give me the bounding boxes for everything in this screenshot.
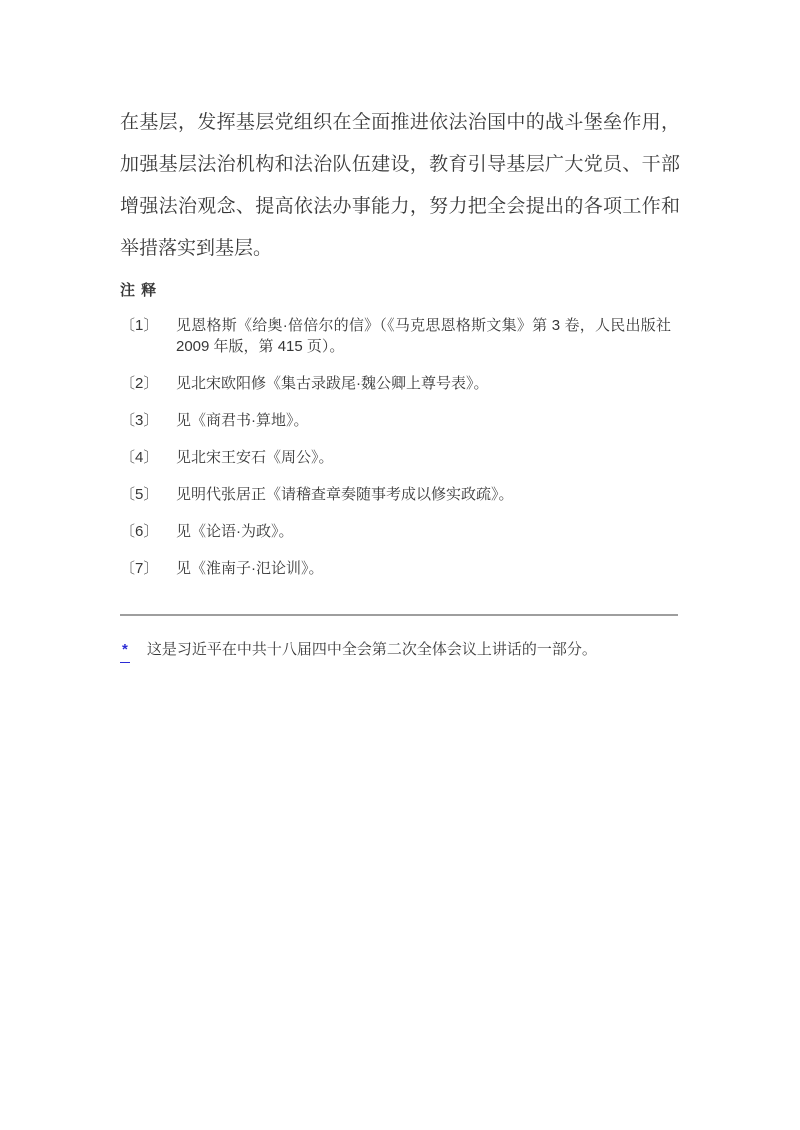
- note-item: 〔6〕 见《论语·为政》。: [120, 521, 680, 542]
- note-text: 见《淮南子·氾论训》。: [176, 558, 671, 579]
- paragraph-line: 举措落实到基层。: [120, 228, 680, 270]
- paragraph-line: 加强基层法治机构和法治队伍建设，教育引导基层广大党员、干部: [120, 144, 680, 186]
- note-text: 见明代张居正《请稽查章奏随事考成以修实政疏》。: [176, 484, 671, 505]
- note-text: 见《论语·为政》。: [176, 521, 671, 542]
- note-text: 见北宋欧阳修《集古录跋尾·魏公卿上尊号表》。: [176, 373, 671, 394]
- note-item: 〔7〕 见《淮南子·氾论训》。: [120, 558, 680, 579]
- document-page: 在基层，发挥基层党组织在全面推进依法治国中的战斗堡垒作用， 加强基层法治机构和法…: [0, 0, 800, 1130]
- note-number-label: 〔6〕: [120, 521, 176, 542]
- note-text: 见《商君书·算地》。: [176, 410, 671, 431]
- paragraph-line: 增强法治观念、提高依法办事能力，努力把全会提出的各项工作和: [120, 186, 680, 228]
- main-paragraph: 在基层，发挥基层党组织在全面推进依法治国中的战斗堡垒作用， 加强基层法治机构和法…: [120, 102, 680, 270]
- note-item: 〔2〕 见北宋欧阳修《集古录跋尾·魏公卿上尊号表》。: [120, 373, 680, 394]
- note-number-label: 〔1〕: [120, 315, 176, 336]
- note-number-label: 〔3〕: [120, 410, 176, 431]
- notes-list: 〔1〕 见恩格斯《给奥·倍倍尔的信》（《马克思恩格斯文集》第 3 卷，人民出版社…: [120, 315, 680, 595]
- notes-heading: 注 释: [120, 279, 157, 300]
- note-number-label: 〔7〕: [120, 558, 176, 579]
- note-item: 〔1〕 见恩格斯《给奥·倍倍尔的信》（《马克思恩格斯文集》第 3 卷，人民出版社…: [120, 315, 680, 357]
- note-item: 〔4〕 见北宋王安石《周公》。: [120, 447, 680, 468]
- note-text: 见恩格斯《给奥·倍倍尔的信》（《马克思恩格斯文集》第 3 卷，人民出版社 200…: [176, 315, 671, 357]
- note-number-label: 〔4〕: [120, 447, 176, 468]
- note-text: 见北宋王安石《周公》。: [176, 447, 671, 468]
- footnote-asterisk-link[interactable]: *: [120, 639, 130, 663]
- source-footnote: * 这是习近平在中共十八届四中全会第二次全体会议上讲话的一部分。: [120, 639, 680, 663]
- note-number-label: 〔5〕: [120, 484, 176, 505]
- footnote-text: 这是习近平在中共十八届四中全会第二次全体会议上讲话的一部分。: [147, 639, 680, 661]
- note-number-label: 〔2〕: [120, 373, 176, 394]
- note-item: 〔3〕 见《商君书·算地》。: [120, 410, 680, 431]
- footnote-divider-rule: [120, 614, 678, 616]
- note-item: 〔5〕 见明代张居正《请稽查章奏随事考成以修实政疏》。: [120, 484, 680, 505]
- paragraph-line: 在基层，发挥基层党组织在全面推进依法治国中的战斗堡垒作用，: [120, 102, 680, 144]
